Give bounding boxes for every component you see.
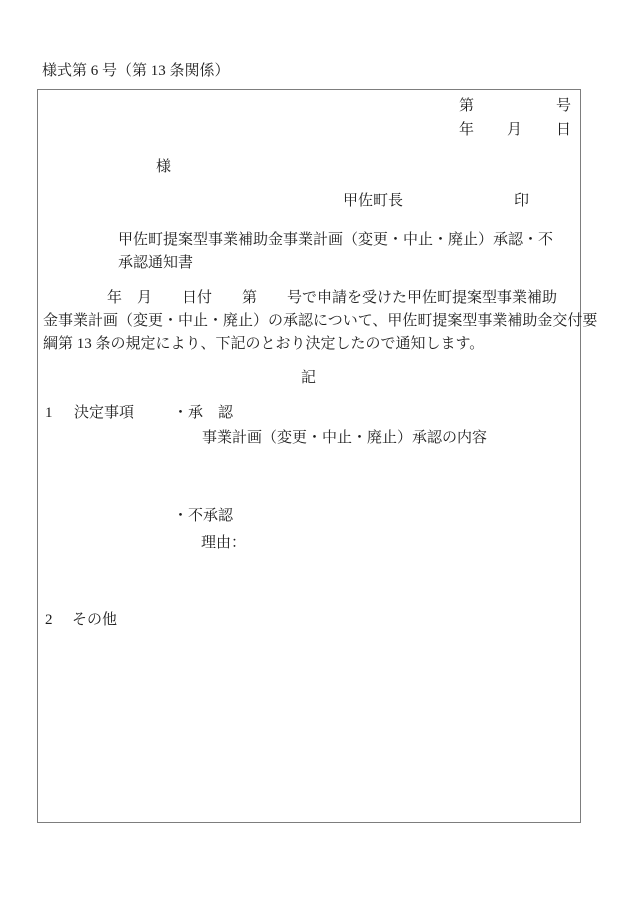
- body-paragraph-line2: 金事業計画（変更・中止・廃止）の承認について、甲佐町提案型事業補助金交付要: [43, 312, 597, 331]
- form-number-label: 様式第 6 号（第 13 条関係）: [42, 62, 230, 81]
- record-marker: 記: [301, 369, 316, 388]
- section1-approve-option: ・承 認: [173, 404, 233, 423]
- section1-reason-label: 理由：: [201, 534, 246, 553]
- date-day-label: 日: [556, 121, 571, 140]
- section1-label: 決定事項: [74, 404, 134, 423]
- section2-label: その他: [72, 611, 117, 630]
- document-page: 様式第 6 号（第 13 条関係） 第 号 年 月 日 様 甲佐町長 印 甲佐町…: [0, 0, 630, 903]
- body-paragraph-line1: 年 月 日付 第 号で申請を受けた甲佐町提案型事業補助: [107, 289, 557, 308]
- doc-number-prefix: 第: [459, 97, 474, 116]
- date-month-label: 月: [507, 121, 522, 140]
- document-frame: [37, 89, 581, 823]
- section1-number: 1: [45, 404, 53, 423]
- addressee-honorific: 様: [156, 158, 171, 177]
- seal-mark: 印: [514, 192, 529, 211]
- section2-number: 2: [45, 611, 53, 630]
- document-title-line1: 甲佐町提案型事業補助金事業計画（変更・中止・廃止）承認・不: [118, 231, 553, 250]
- doc-number-suffix: 号: [556, 97, 571, 116]
- section1-reject-option: ・不承認: [173, 507, 233, 526]
- date-year-label: 年: [459, 121, 474, 140]
- sender-title: 甲佐町長: [343, 192, 403, 211]
- section1-approve-detail: 事業計画（変更・中止・廃止）承認の内容: [202, 429, 487, 448]
- body-paragraph-line3: 綱第 13 条の規定により、下記のとおり決定したので通知します。: [43, 335, 484, 354]
- document-title-line2: 承認通知書: [118, 254, 193, 273]
